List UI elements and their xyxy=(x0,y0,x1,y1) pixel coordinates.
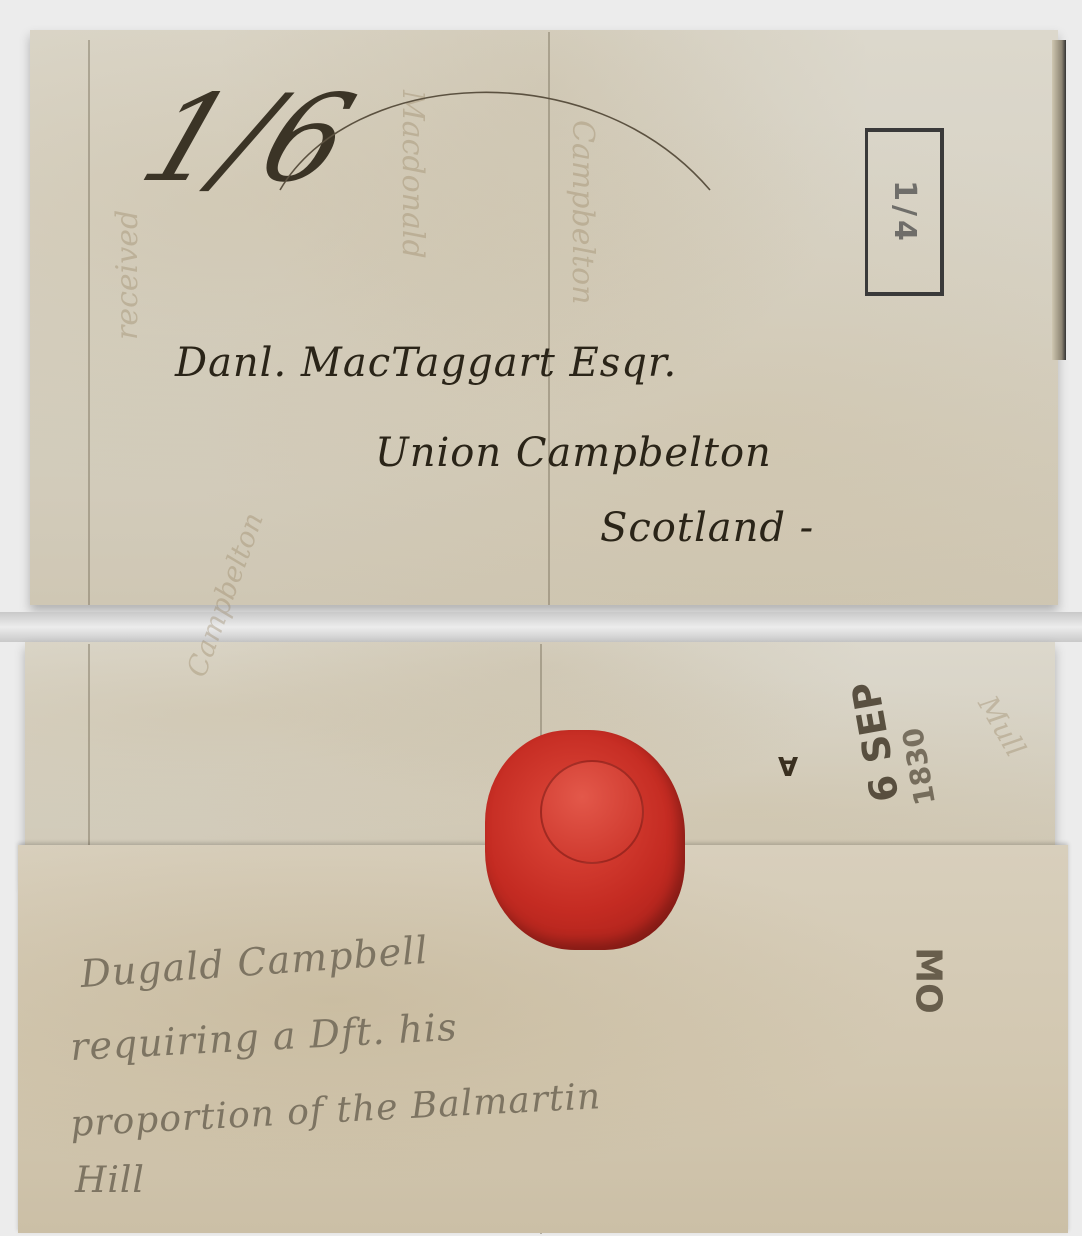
front-fold-left xyxy=(88,40,90,605)
back-fold-left xyxy=(88,644,90,854)
front-edge-sliver xyxy=(1052,40,1066,360)
red-wax-seal xyxy=(485,730,685,950)
pen-flourish-arc xyxy=(270,60,720,200)
framed-handstamp: 1/4 xyxy=(865,128,944,296)
postmark-fragment: MO xyxy=(908,947,949,1013)
docket-line-4: Hill xyxy=(75,1160,145,1201)
address-line-2: Union Campbelton xyxy=(375,430,772,476)
letter-back: Campbelton Mull Dugald Campbell requirin… xyxy=(0,630,1082,1236)
bleed-through-text: received xyxy=(110,210,145,340)
address-line-3: Scotland - xyxy=(600,505,814,551)
address-line-1: Danl. MacTaggart Esqr. xyxy=(175,340,677,386)
seal-impression xyxy=(540,760,644,864)
letter-front: Campbelton Macdonald received 1/6 1/4 Da… xyxy=(0,0,1082,615)
triangle-mark: A xyxy=(778,750,798,780)
handstamp-text: 1/4 xyxy=(887,180,922,245)
